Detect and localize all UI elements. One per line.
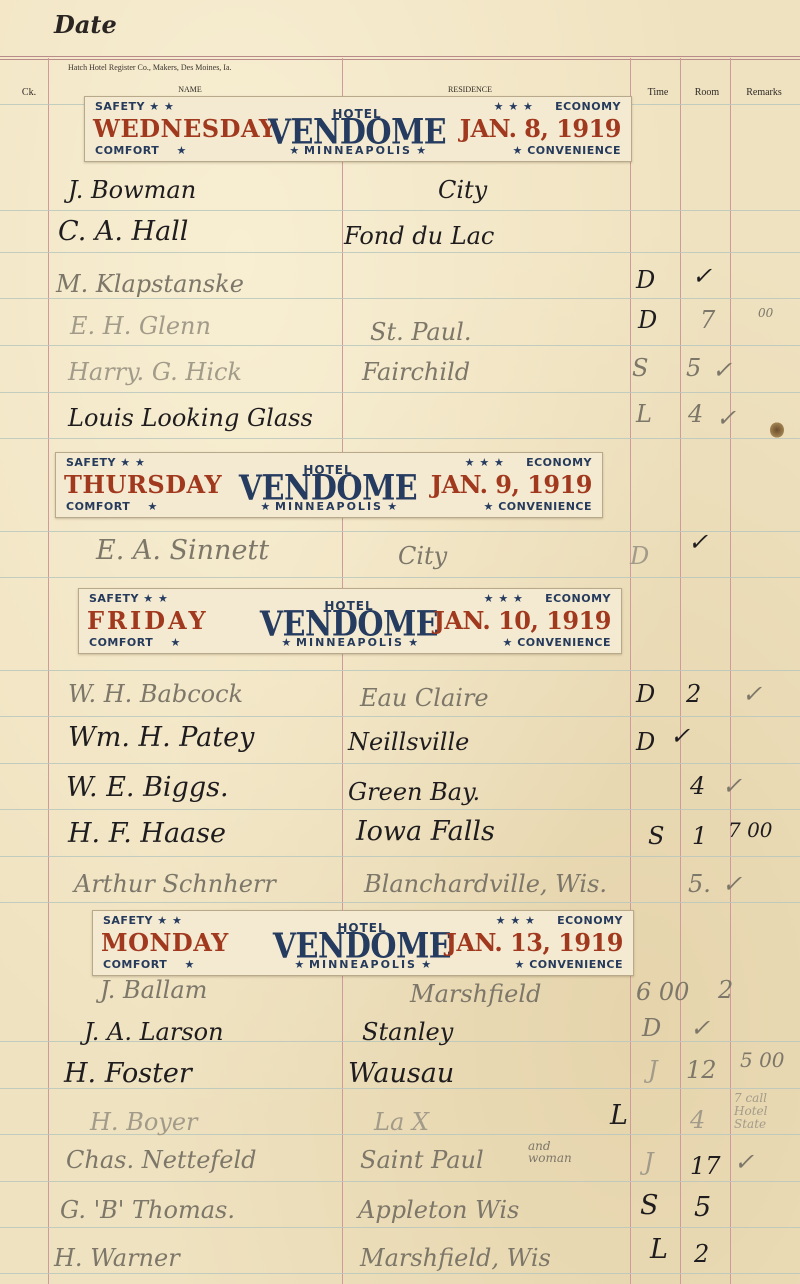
entry-time: D (638, 306, 657, 334)
entry-name: Wm. H. Patey (68, 722, 254, 753)
entry-residence: Wausau (348, 1058, 454, 1089)
entry-room: ✓ (688, 528, 708, 556)
stamp-city: ★ MINNEAPOLIS ★ (294, 958, 431, 971)
ruled-line (0, 763, 800, 764)
entry-name: H. Foster (64, 1058, 192, 1089)
entry-time: D (642, 1014, 661, 1042)
hotel-vendome-logo: HOTEL VENDOME (273, 923, 451, 961)
hotel-register-page: Date Hatch Hotel Register Co., Makers, D… (0, 0, 800, 1284)
entry-room: 4 (688, 400, 703, 428)
ruled-line (0, 1227, 800, 1228)
entry-room: 12 (686, 1056, 717, 1084)
stamp-day: FRIDAY (87, 606, 209, 635)
entry-room: 2 (694, 1240, 709, 1268)
entry-name: J. Bowman (68, 176, 196, 204)
ruled-line (0, 438, 800, 439)
entry-name: H. Boyer (90, 1108, 198, 1136)
date-stamp-monday: SAFETY ★ ★ ★ ★ ★ ECONOMY MONDAY HOTEL VE… (92, 910, 634, 976)
entry-residence: Iowa Falls (356, 816, 495, 847)
stamp-day: THURSDAY (64, 470, 222, 499)
entry-residence: City (438, 176, 487, 204)
entry-remarks: ✓ (712, 356, 732, 384)
column-divider (730, 58, 731, 1284)
column-header-time: Time (638, 87, 678, 98)
entry-time: J (644, 1148, 654, 1176)
entry-remarks: ✓ (716, 404, 736, 432)
entry-name: M. Klapstanske (56, 270, 244, 298)
ruled-line (0, 392, 800, 393)
entry-residence: St. Paul. (370, 318, 471, 346)
stamp-date: JAN. 8, 1919 (460, 114, 621, 143)
column-header-room: Room (686, 87, 728, 98)
paper-stain (770, 422, 784, 438)
entry-time: S (648, 822, 664, 850)
stamp-comfort: COMFORT ★ (95, 144, 187, 157)
entry-name: Arthur Schnherr (74, 870, 276, 898)
entry-name: E. H. Glenn (70, 312, 211, 340)
entry-time: J (648, 1056, 658, 1084)
stamp-city: ★ MINNEAPOLIS ★ (260, 500, 397, 513)
ruled-line (0, 298, 800, 299)
entry-room: 4 (690, 772, 705, 800)
column-divider (630, 58, 631, 1284)
column-divider (680, 58, 681, 1284)
entry-room: 1 (692, 822, 707, 850)
stamp-comfort: COMFORT ★ (66, 500, 158, 513)
stamp-comfort: COMFORT ★ (89, 636, 181, 649)
date-stamp-wednesday: SAFETY ★ ★ ★ ★ ★ ECONOMY WEDNESDAY HOTEL… (84, 96, 632, 162)
entry-remarks: ✓ (742, 680, 762, 708)
stamp-day: WEDNESDAY (93, 114, 277, 143)
entry-remarks: 7 00 (728, 818, 773, 842)
entry-time: L (650, 1234, 668, 1265)
entry-remarks: 7 call Hotel State (734, 1092, 798, 1131)
entry-room: 2 (718, 976, 733, 1004)
entry-time: D (636, 266, 655, 294)
ruled-line (0, 716, 800, 717)
ruled-line (0, 856, 800, 857)
entry-name: G. 'B' Thomas. (60, 1196, 235, 1224)
hotel-vendome-logo: HOTEL VENDOME (260, 601, 438, 639)
entry-name: W. E. Biggs. (66, 772, 229, 803)
entry-residence: Green Bay. (348, 778, 480, 806)
entry-name: H. Warner (54, 1244, 180, 1272)
hotel-vendome-logo: HOTEL VENDOME (239, 465, 417, 503)
column-header-name: NAME (120, 85, 260, 94)
entry-name: J. A. Larson (84, 1018, 224, 1046)
stamp-day: MONDAY (101, 928, 229, 957)
entry-residence: Blanchardville, Wis. (364, 870, 607, 898)
entry-residence: Marshfield (410, 980, 541, 1008)
date-heading: Date (54, 10, 117, 39)
stamp-city: ★ MINNEAPOLIS ★ (289, 144, 426, 157)
entry-time: S (632, 354, 648, 382)
stamp-date: JAN. 10, 1919 (434, 606, 612, 635)
entry-residence: Saint Paul (360, 1146, 484, 1174)
entry-residence: Stanley (362, 1018, 453, 1046)
entry-remarks: ✓ (734, 1148, 754, 1176)
entry-time: D (636, 728, 655, 756)
ruled-line (0, 1181, 800, 1182)
entry-residence-note: and woman (528, 1140, 568, 1164)
stamp-date: JAN. 9, 1919 (431, 470, 592, 499)
entry-room: 4 (690, 1106, 705, 1134)
entry-residence: Neillsville (348, 728, 469, 756)
date-stamp-friday: SAFETY ★ ★ ★ ★ ★ ECONOMY FRIDAY HOTEL VE… (78, 588, 622, 654)
entry-room: 2 (686, 680, 701, 708)
entry-name: H. F. Haase (68, 818, 226, 849)
ruled-line (0, 1273, 800, 1274)
entry-residence: Appleton Wis (358, 1196, 519, 1224)
ruled-line (0, 210, 800, 211)
entry-room: 5 (694, 1192, 711, 1223)
entry-remarks: ✓ (722, 870, 742, 898)
column-header-residence: RESIDENCE (390, 85, 550, 94)
column-header-ck: Ck. (14, 87, 44, 98)
entry-time: D (636, 680, 655, 708)
entry-room: ✓ (692, 262, 712, 290)
entry-residence: La X (374, 1108, 429, 1136)
entry-time: D (630, 542, 649, 570)
stamp-convenience: ★ CONVENIENCE (484, 500, 592, 513)
date-stamp-thursday: SAFETY ★ ★ ★ ★ ★ ECONOMY THURSDAY HOTEL … (55, 452, 603, 518)
stamp-comfort: COMFORT ★ (103, 958, 195, 971)
entry-room: 7 (700, 306, 715, 334)
entry-name: J. Ballam (100, 976, 207, 1004)
entry-residence: Marshfield, Wis (360, 1244, 551, 1272)
stamp-convenience: ★ CONVENIENCE (503, 636, 611, 649)
entry-time: S (640, 1190, 659, 1221)
entry-name: Harry. G. Hick (68, 358, 242, 386)
entry-residence: City (398, 542, 447, 570)
entry-name: Louis Looking Glass (68, 404, 313, 432)
column-divider (48, 58, 49, 1284)
entry-time: 6 00 (636, 978, 689, 1006)
entry-remarks: 00 (758, 306, 773, 320)
entry-room: 5. (688, 870, 711, 898)
ruled-line (0, 902, 800, 903)
entry-residence: Fairchild (362, 358, 470, 386)
entry-room: 17 (690, 1152, 721, 1180)
entry-name: W. H. Babcock (68, 680, 243, 708)
entry-name: C. A. Hall (58, 216, 188, 247)
entry-name: Chas. Nettefeld (66, 1146, 257, 1174)
stamp-date: JAN. 13, 1919 (446, 928, 624, 957)
column-header-remarks: Remarks (736, 87, 792, 98)
entry-room: ✓ (690, 1014, 710, 1042)
entry-remarks: 5 00 (740, 1048, 785, 1072)
stamp-convenience: ★ CONVENIENCE (513, 144, 621, 157)
entry-time: L (610, 1100, 628, 1131)
hotel-vendome-logo: HOTEL VENDOME (268, 109, 446, 147)
entry-room: 5 (686, 354, 701, 382)
header-rule (0, 56, 800, 57)
ruled-line (0, 252, 800, 253)
ruled-line (0, 577, 800, 578)
entry-residence: Fond du Lac (342, 222, 494, 250)
maker-imprint: Hatch Hotel Register Co., Makers, Des Mo… (68, 63, 232, 72)
entry-remarks: ✓ (722, 772, 742, 800)
ruled-line (0, 531, 800, 532)
entry-room: ✓ (670, 722, 690, 750)
ruled-line (0, 670, 800, 671)
entry-time: L (636, 400, 652, 428)
stamp-city: ★ MINNEAPOLIS ★ (281, 636, 418, 649)
entry-residence: Eau Claire (360, 684, 489, 712)
ruled-line (0, 809, 800, 810)
entry-name: E. A. Sinnett (96, 535, 269, 566)
stamp-convenience: ★ CONVENIENCE (515, 958, 623, 971)
